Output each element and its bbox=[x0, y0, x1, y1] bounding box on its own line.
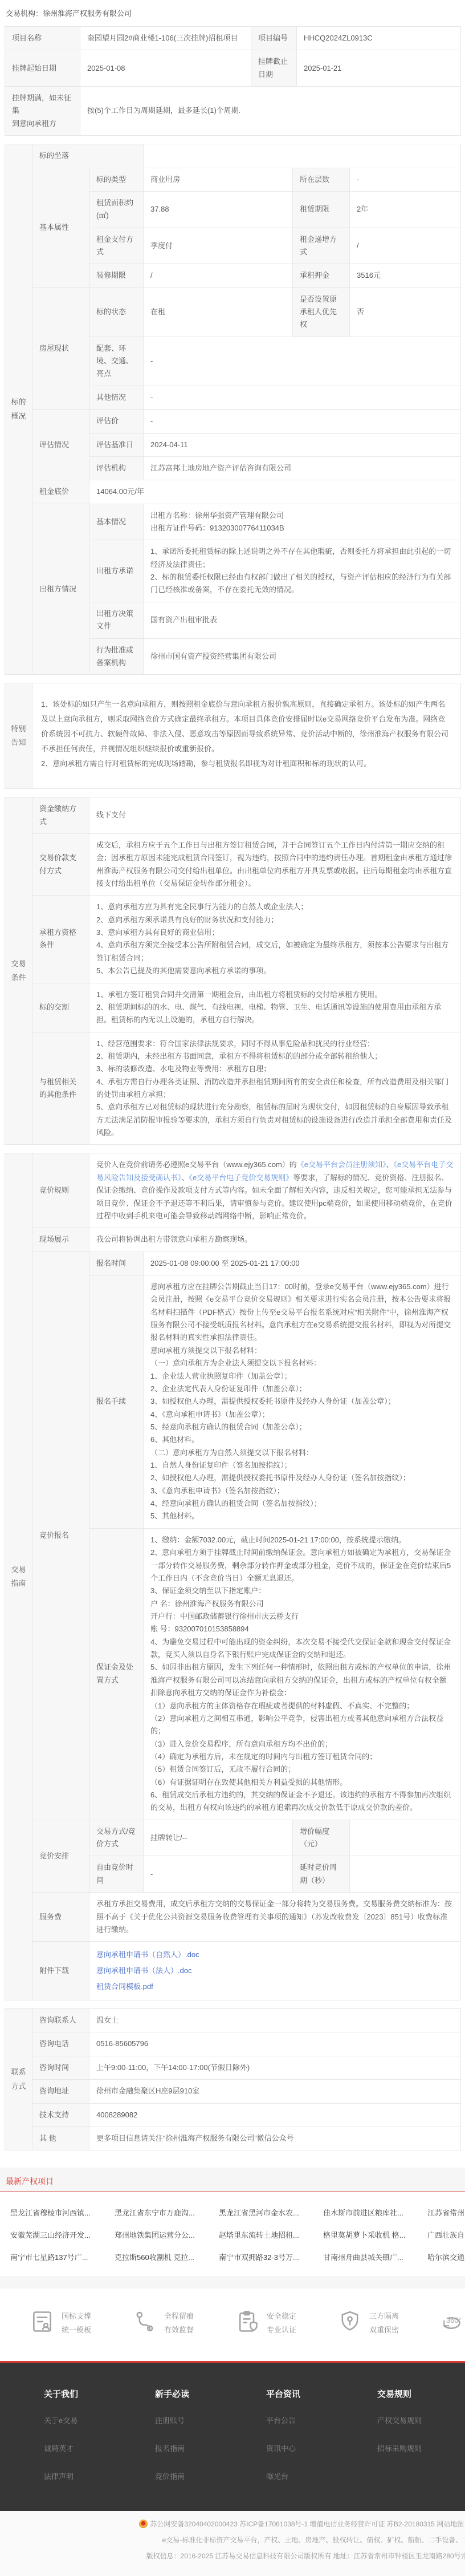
special-notice-text: 1、该处标的如只产生一名意向承租方，则按照租金底价与意向承租方报价孰高原则，直接… bbox=[32, 683, 461, 789]
lessor-promise-value: 1、承诺所委托租赁标的除上述说明之外不存在其他瑕疵，否则委托方将承担由此引起的一… bbox=[144, 540, 461, 602]
attachment-link-contract-template[interactable]: 租赁合同模板.pdf bbox=[96, 1979, 454, 1995]
eval-date-value: 2024-04-11 bbox=[144, 433, 461, 456]
footer-link-property-rules[interactable]: 产权交易规则 bbox=[377, 2415, 465, 2425]
floor-label: 所在层数 bbox=[293, 168, 350, 191]
table-row: 咨询时间 上午9:00-11:00，下午14:00-17:00(节假日除外) bbox=[5, 2056, 461, 2079]
trade-mode-value: 挂牌转让/-- bbox=[144, 1820, 293, 1856]
latest-projects-body: 黑龙江省穆棱市河西镇... 黑龙江省东宁市万鹿沟... 黑龙江省黑河市金水农..… bbox=[0, 2192, 465, 2276]
deposit-disposal-value: 1、缴纳：金额7032.00元，截止时间2025-01-21 17:00:00，… bbox=[144, 1528, 461, 1820]
site-credits: 苏公网安备32040402000423 苏ICP备17061038号-1 增值电… bbox=[0, 2511, 465, 2576]
fund-method-value: 线下支付 bbox=[89, 797, 461, 834]
contact-person-label: 咨询联系人 bbox=[32, 2009, 89, 2032]
term-label: 租赁期限 bbox=[293, 191, 350, 228]
attachments-label: 附件下载 bbox=[32, 1942, 89, 2000]
footer-col-news: 平台资讯 平台公告 资讯中心 曝光台 bbox=[266, 2388, 377, 2498]
floor-value: - bbox=[350, 168, 461, 191]
signup-time-value: 2025-01-08 09:00:00 至 2025-01-21 17:00:0… bbox=[144, 1251, 461, 1275]
delay-cycle-label: 延时竞价周期（秒） bbox=[293, 1856, 350, 1893]
footer-link-register[interactable]: 注册账号 bbox=[155, 2415, 266, 2425]
free-bid-time-label: 自由竞价时间 bbox=[89, 1856, 144, 1893]
contact-time-label: 咨询时间 bbox=[32, 2056, 89, 2079]
listing-start-label: 挂牌起始日期 bbox=[5, 50, 80, 87]
rule-separator: 、 bbox=[182, 1173, 189, 1182]
footer-col-title: 新手必读 bbox=[155, 2388, 266, 2400]
service-fee-label: 服务费 bbox=[32, 1893, 89, 1942]
extension-value: 按(5)个工作日为周期延期，最多延长(1)个周期. bbox=[80, 87, 461, 136]
fund-method-label: 资金缴纳方式 bbox=[32, 797, 89, 834]
house-status-label: 房屋现状 bbox=[32, 287, 89, 410]
lessor-doc-label: 出租方决策文件 bbox=[89, 602, 144, 638]
deposit-value: 3516元 bbox=[350, 264, 461, 287]
footer-link-legal[interactable]: 法律声明 bbox=[44, 2470, 155, 2481]
floor-price-label: 租金底价 bbox=[32, 480, 89, 504]
delivery-label: 标的交割 bbox=[32, 983, 89, 1032]
feature-item: 三方隔离双重保密 bbox=[337, 2309, 440, 2337]
trade-conditions-table: 交易 条件 资金缴纳方式 线下支付 交易价款支付方式 成交后，承租方应于五个工作… bbox=[5, 797, 461, 1145]
project-name-label: 项目名称 bbox=[5, 27, 80, 50]
table-row: 项目名称 奎园望月园2#商业楼1-106(三次挂牌)招租项目 项目编号 HHCQ… bbox=[5, 27, 461, 50]
latest-projects-title: 最新产权项目 bbox=[0, 2176, 465, 2187]
footer-link-signup-guide[interactable]: 报名指南 bbox=[155, 2443, 266, 2453]
bid-rules-label: 竞价规则 bbox=[32, 1153, 89, 1228]
listing-end-value: 2025-01-21 bbox=[297, 50, 461, 87]
table-row: 技术支持 4008289082 bbox=[5, 2103, 461, 2127]
lessor-promise-label: 出租方承诺 bbox=[89, 540, 144, 602]
area-label: 租赁面积约 (㎡) bbox=[89, 191, 144, 228]
project-name-value: 奎园望月园2#商业楼1-106(三次挂牌)招租项目 bbox=[80, 27, 251, 50]
increment-value bbox=[350, 1820, 461, 1856]
decoration-label: 装修期限 bbox=[89, 264, 144, 287]
delay-cycle-value bbox=[350, 1856, 461, 1893]
site-show-value: 我公司将协调出租方带领意向承租方勘察现场。 bbox=[89, 1228, 461, 1251]
free-bid-time-value: - bbox=[144, 1856, 293, 1893]
credits-line-1: 苏公网安备32040402000423 苏ICP备17061038号-1 增值电… bbox=[0, 2519, 465, 2529]
lessor-approve-value: 徐州市国有资产投资经营集团有限公司 bbox=[144, 638, 461, 675]
shield-key-icon bbox=[337, 2309, 362, 2337]
feature-label: 国标支撑统一模板 bbox=[62, 2310, 91, 2337]
table-row: 租金底价 14064.00元/年 bbox=[5, 480, 461, 504]
priority-right-value: 否 bbox=[350, 287, 461, 337]
table-row: 交易价款支付方式 成交后，承租方应于五个工作日与出租方签订租赁合同，并于合同签订… bbox=[5, 833, 461, 895]
latest-projects-header: 最新产权项目 bbox=[0, 2168, 465, 2192]
latest-project-link[interactable]: 南宁市双拥路32-3号万... bbox=[219, 2251, 323, 2262]
latest-project-link[interactable]: 广西壮族自治 bbox=[427, 2229, 465, 2240]
footer-link-exposure[interactable]: 曝光台 bbox=[266, 2470, 377, 2481]
table-row: 出租方情况 基本情况 出租方名称：徐州华强资产管理有限公司 出租方证件号码：91… bbox=[5, 504, 461, 540]
latest-project-link[interactable]: 黑龙江省黑河市金水农... bbox=[219, 2207, 323, 2218]
table-row: 竞价安排 交易方式/竞价方式 挂牌转让/-- 增价幅度（元） bbox=[5, 1820, 461, 1856]
footer-col-newbie: 新手必读 注册账号 报名指南 竞价指南 bbox=[155, 2388, 266, 2498]
qualification-value: 1、意向承租方应为具有完全民事行为能力的自然人或企业法人； 2、意向承租方须承诺… bbox=[89, 896, 461, 983]
latest-project-link[interactable]: 格里莫胡萝卜采收机 格... bbox=[323, 2229, 427, 2240]
table-row: 竞价报名 报名时间 2025-01-08 09:00:00 至 2025-01-… bbox=[5, 1251, 461, 1275]
floor-price-value: 14064.00元/年 bbox=[89, 480, 461, 504]
table-row: 挂牌期满，如未征集 到意向承租方 按(5)个工作日为周期延期，最多延长(1)个周… bbox=[5, 87, 461, 136]
credits-line-2: e交易-标准化非标资产交易平台，产权、土地、房地产、股权转让、债权、矿权、船舶、… bbox=[0, 2535, 465, 2545]
footer-col-title: 关于我们 bbox=[44, 2388, 155, 2400]
eval-org-value: 江苏富邦土地房地产资产评估咨询有限公司 bbox=[144, 456, 461, 480]
section-trade-conditions: 交易 条件 bbox=[5, 797, 32, 1145]
feature-item: 360° bbox=[440, 2309, 465, 2337]
latest-project-link[interactable]: 郑州地铁集团运营分公... bbox=[115, 2229, 219, 2240]
footer-link-procurement-rules[interactable]: 招标采购规则 bbox=[377, 2443, 465, 2453]
site-show-label: 现场展示 bbox=[32, 1228, 89, 1251]
listing-end-label: 挂牌截止日期 bbox=[251, 50, 297, 87]
signup-time-label: 报名时间 bbox=[89, 1251, 144, 1275]
environment-value: - bbox=[144, 337, 461, 386]
feature-item: 安全稳定专业认证 bbox=[235, 2309, 337, 2337]
other-cond-value: - bbox=[144, 386, 461, 409]
contact-address-label: 咨询地址 bbox=[32, 2080, 89, 2103]
table-row: 服务费 承租方承担交易费用，成交后承租方交纳的交易保证金一部分将转为交易服务费。… bbox=[5, 1893, 461, 1942]
footer-nav: 关于我们 关于e交易 诚聘英才 法律声明 新手必读 注册账号 报名指南 竞价指南… bbox=[0, 2361, 465, 2511]
table-row: 标的交割 1、承租方签订租赁合同并交清第一期租金后，由出租方将租赁标的交付给承租… bbox=[5, 983, 461, 1032]
bid-signup-label: 竞价报名 bbox=[32, 1251, 89, 1820]
table-row: 附件下载 意向承租申请书（自然人）.doc 意向承租申请书（法人）.doc 租赁… bbox=[5, 1942, 461, 2000]
extension-label: 挂牌期满，如未征集 到意向承租方 bbox=[5, 87, 80, 136]
area-value: 37.88 bbox=[144, 191, 293, 228]
bid-rules-value: 竞价人在竞价前请务必遵照e交易平台（www.ejy365.com）的《e交易平台… bbox=[89, 1153, 461, 1228]
feature-label: 三方隔离双重保密 bbox=[369, 2310, 399, 2337]
table-row: 咨询电话 0516-85605796 bbox=[5, 2032, 461, 2056]
platform-features-row: 国标支撑统一模板 全程留痕有效监督 bbox=[0, 2289, 465, 2361]
trade-guide-table: 交易 指南 竞价规则 竞价人在竞价前请务必遵照e交易平台（www.ejy365.… bbox=[5, 1153, 461, 2000]
table-row: 交易 条件 资金缴纳方式 线下支付 bbox=[5, 797, 461, 834]
table-row: 交易 指南 竞价规则 竞价人在竞价前请务必遵照e交易平台（www.ejy365.… bbox=[5, 1153, 461, 1228]
table-row: 特别 告知 1、该处标的如只产生一名意向承租方，则按照租金底价与意向承租方报价孰… bbox=[5, 683, 461, 789]
route-icon bbox=[132, 2309, 157, 2337]
target-overview-table: 标的 概况 标的坐落 基本属性 标的类型 商业用房 所在层数 - 租赁面积约 (… bbox=[5, 144, 461, 675]
lessor-basic-label: 基本情况 bbox=[89, 504, 144, 540]
latest-project-link[interactable]: 黑龙江省东宁市万鹿沟... bbox=[115, 2207, 219, 2218]
signup-procedure-label: 报名手续 bbox=[89, 1275, 144, 1529]
rule-link-bidding[interactable]: 《e交易平台电子竞价交易规则》 bbox=[189, 1173, 293, 1182]
contact-phone-value: 0516-85605796 bbox=[89, 2032, 461, 2056]
footer-col-title: 平台资讯 bbox=[266, 2388, 377, 2400]
target-type-value: 商业用房 bbox=[144, 168, 293, 191]
deposit-label: 承租押金 bbox=[293, 264, 350, 287]
rent-increase-label: 租金递增方式 bbox=[293, 228, 350, 264]
section-trade-guide: 交易 指南 bbox=[5, 1153, 32, 2000]
project-info-table: 项目名称 奎园望月园2#商业楼1-106(三次挂牌)招租项目 项目编号 HHCQ… bbox=[5, 26, 461, 136]
latest-projects-section: 最新产权项目 黑龙江省穆棱市河西镇... 黑龙江省东宁市万鹿沟... 黑龙江省黑… bbox=[0, 2168, 465, 2289]
rent-pay-value: 季度付 bbox=[144, 228, 293, 264]
latest-project-link[interactable]: 克拉斯560收割机 克拉... bbox=[115, 2251, 219, 2262]
table-row: 基本属性 标的类型 商业用房 所在层数 - bbox=[5, 168, 461, 191]
qualification-label: 承租方资格条件 bbox=[32, 896, 89, 983]
eval-date-label: 评估基准日 bbox=[89, 433, 144, 456]
clipboard-shield-icon bbox=[235, 2309, 260, 2337]
latest-project-link[interactable]: 江苏省常州市新 bbox=[427, 2207, 465, 2218]
table-row: 联系 方式 咨询联系人 温女士 bbox=[5, 2009, 461, 2032]
location-label: 标的坐落 bbox=[32, 144, 144, 168]
lease-other-label: 与租赁相关的其他条件 bbox=[32, 1032, 89, 1145]
special-notice-table: 特别 告知 1、该处标的如只产生一名意向承租方，则按照租金底价与意向承租方报价孰… bbox=[5, 683, 461, 789]
signup-procedure-value: 意向承租方应在挂牌公告期截止当日17：00时前，登录e交易平台（www.ejy3… bbox=[144, 1275, 461, 1529]
document-icon bbox=[30, 2309, 55, 2337]
tech-support-value: 4008289082 bbox=[89, 2103, 461, 2127]
tech-support-label: 技术支持 bbox=[32, 2103, 89, 2127]
latest-project-link[interactable]: 黑龙江省穆棱市河西镇... bbox=[10, 2207, 115, 2218]
section-target-overview: 标的 概况 bbox=[5, 144, 32, 675]
rent-pay-label: 租金支付方式 bbox=[89, 228, 144, 264]
lessor-basic-value: 出租方名称：徐州华强资产管理有限公司 出租方证件号码：9132030077641… bbox=[144, 504, 461, 540]
environment-label: 配套、环境、交通、亮点 bbox=[89, 337, 144, 386]
target-status-label: 标的状态 bbox=[89, 287, 144, 337]
table-row: 咨询地址 徐州市金融集聚区H座9层910室 bbox=[5, 2080, 461, 2103]
priority-right-label: 是否设置原承租人优先权 bbox=[293, 287, 350, 337]
feature-item: 全程留痕有效监督 bbox=[132, 2309, 235, 2337]
lessor-doc-value: 国有资产出租审批表 bbox=[144, 602, 461, 638]
footer-link-careers[interactable]: 诚聘英才 bbox=[44, 2443, 155, 2453]
table-row: 承租方资格条件 1、意向承租方应为具有完全民事行为能力的自然人或企业法人； 2、… bbox=[5, 896, 461, 983]
latest-project-link[interactable]: 赵塔里东流转土地招租... bbox=[219, 2229, 323, 2240]
bid-rules-text-1: 竞价人在竞价前请务必遵照e交易平台（www.ejy365.com）的 bbox=[96, 1160, 297, 1169]
target-status-value: 在租 bbox=[144, 287, 293, 337]
deposit-disposal-label: 保证金及处置方式 bbox=[89, 1528, 144, 1820]
eval-price-value: - bbox=[144, 410, 461, 433]
footer-link-announcements[interactable]: 平台公告 bbox=[266, 2415, 377, 2425]
footer-col-rules: 交易规则 产权交易规则 招标采购规则 bbox=[377, 2388, 465, 2498]
page: 交易机构：徐州淮海产权服务有限公司 项目名称 奎园望月园2#商业楼1-106(三… bbox=[0, 0, 465, 2576]
delivery-value: 1、承租方签订租赁合同并交清第一期租金后，由出租方将租赁标的交付给承租方使用。 … bbox=[89, 983, 461, 1032]
evaluation-label: 评估情况 bbox=[32, 410, 89, 480]
credits-line-3: 版权信息：2016-2025 江苏易交易信息科技有限公司版权所有 地址：江苏省常… bbox=[0, 2551, 465, 2561]
footer-link-bid-guide[interactable]: 竞价指南 bbox=[155, 2470, 266, 2481]
term-value: 2年 bbox=[350, 191, 461, 228]
trade-mode-label: 交易方式/竞价方式 bbox=[89, 1820, 144, 1856]
bid-arrange-label: 竞价安排 bbox=[32, 1820, 89, 1892]
section-contact: 联系 方式 bbox=[5, 2009, 32, 2150]
payment-method-value: 成交后，承租方应于五个工作日与出租方签订租赁合同，并于合同签订五个工作日内付清第… bbox=[89, 833, 461, 895]
feature-item: 国标支撑统一模板 bbox=[30, 2309, 132, 2337]
attachment-link-natural-person[interactable]: 意向承租申请书（自然人）.doc bbox=[96, 1947, 454, 1963]
decoration-value: / bbox=[144, 264, 293, 287]
attachment-link-legal-person[interactable]: 意向承租申请书（法人）.doc bbox=[96, 1963, 454, 1979]
lessor-approve-label: 行为批准或备案机构 bbox=[89, 638, 144, 675]
eval-price-label: 评估价 bbox=[89, 410, 144, 433]
police-badge-icon bbox=[139, 2520, 148, 2528]
table-row: 与租赁相关的其他条件 1、经营范围要求：符合国家法律法规要求，同时不得从事危险品… bbox=[5, 1032, 461, 1145]
contact-table: 联系 方式 咨询联系人 温女士 咨询电话 0516-85605796 咨询时间 … bbox=[5, 2008, 461, 2150]
other-cond-label: 其他情况 bbox=[89, 386, 144, 409]
lease-other-value: 1、经营范围要求：符合国家法律法规要求，同时不得从事危险品和扰民的行业经营； 2… bbox=[89, 1032, 461, 1145]
table-row: 评估情况 评估价 - bbox=[5, 410, 461, 433]
contact-time-value: 上午9:00-11:00，下午14:00-17:00(节假日除外) bbox=[89, 2056, 461, 2079]
svg-text:360°: 360° bbox=[446, 2316, 462, 2324]
increment-label: 增价幅度（元） bbox=[293, 1820, 350, 1856]
footer-col-about: 关于我们 关于e交易 诚聘英才 法律声明 bbox=[44, 2388, 155, 2498]
feature-label: 安全稳定专业认证 bbox=[267, 2310, 296, 2337]
latest-project-link[interactable]: 南宁市七星路137号广... bbox=[10, 2251, 115, 2262]
listing-start-value: 2025-01-08 bbox=[80, 50, 251, 87]
rule-separator: 、 bbox=[386, 1160, 394, 1169]
section-special-notice: 特别 告知 bbox=[5, 683, 32, 789]
latest-project-link[interactable]: 哈尔滨交通集 bbox=[427, 2251, 465, 2262]
latest-project-link[interactable]: 佳木斯市前进区粮库社... bbox=[323, 2207, 427, 2218]
project-code-label: 项目编号 bbox=[251, 27, 297, 50]
basic-attrs-label: 基本属性 bbox=[32, 168, 89, 287]
latest-project-link[interactable]: 安徽芜湖三山经济开发... bbox=[10, 2229, 115, 2240]
rule-link-register[interactable]: 《e交易平台会员注册须知》 bbox=[297, 1160, 386, 1169]
360-degree-icon: 360° bbox=[440, 2309, 465, 2337]
rent-increase-value: / bbox=[350, 228, 461, 264]
table-row: 其 他 更多项目信息请关注“徐州淮海产权服务有限公司”微信公众号 bbox=[5, 2127, 461, 2150]
latest-projects-grid: 黑龙江省穆棱市河西镇... 黑龙江省东宁市万鹿沟... 黑龙江省黑河市金水农..… bbox=[0, 2207, 465, 2262]
lessor-label: 出租方情况 bbox=[32, 504, 89, 675]
location-value bbox=[144, 144, 461, 168]
gray-strip bbox=[0, 2276, 465, 2289]
contact-address-value: 徐州市金融集聚区H座9层910室 bbox=[89, 2080, 461, 2103]
table-row: 标的 概况 标的坐落 bbox=[5, 144, 461, 168]
service-fee-value: 承租方承担交易费用，成交后承租方交纳的交易保证金一部分将转为交易服务费。交易服务… bbox=[89, 1893, 461, 1942]
payment-method-label: 交易价款支付方式 bbox=[32, 833, 89, 895]
contact-person-value: 温女士 bbox=[89, 2009, 461, 2032]
eval-org-label: 评估机构 bbox=[89, 456, 144, 480]
footer-link-news-center[interactable]: 资讯中心 bbox=[266, 2443, 377, 2453]
footer-col-title: 交易规则 bbox=[377, 2388, 465, 2400]
contact-phone-label: 咨询电话 bbox=[32, 2032, 89, 2056]
latest-project-link[interactable]: 甘南州舟曲县城关镇广... bbox=[323, 2251, 427, 2262]
contact-other-label: 其 他 bbox=[32, 2127, 89, 2150]
project-code-value: HHCQ2024ZL0913C bbox=[297, 27, 461, 50]
table-row: 挂牌起始日期 2025-01-08 挂牌截止日期 2025-01-21 bbox=[5, 50, 461, 87]
attachments-cell: 意向承租申请书（自然人）.doc 意向承租申请书（法人）.doc 租赁合同模板.… bbox=[89, 1942, 461, 2000]
target-type-label: 标的类型 bbox=[89, 168, 144, 191]
footer-link-about-ejy[interactable]: 关于e交易 bbox=[44, 2415, 155, 2425]
feature-label: 全程留痕有效监督 bbox=[164, 2310, 194, 2337]
table-row: 房屋现状 标的状态 在租 是否设置原承租人优先权 否 bbox=[5, 287, 461, 337]
trading-org-line: 交易机构：徐州淮海产权服务有限公司 bbox=[0, 0, 465, 26]
contact-other-value: 更多项目信息请关注“徐州淮海产权服务有限公司”微信公众号 bbox=[89, 2127, 461, 2150]
table-row: 现场展示 我公司将协调出租方带领意向承租方勘察现场。 bbox=[5, 1228, 461, 1251]
